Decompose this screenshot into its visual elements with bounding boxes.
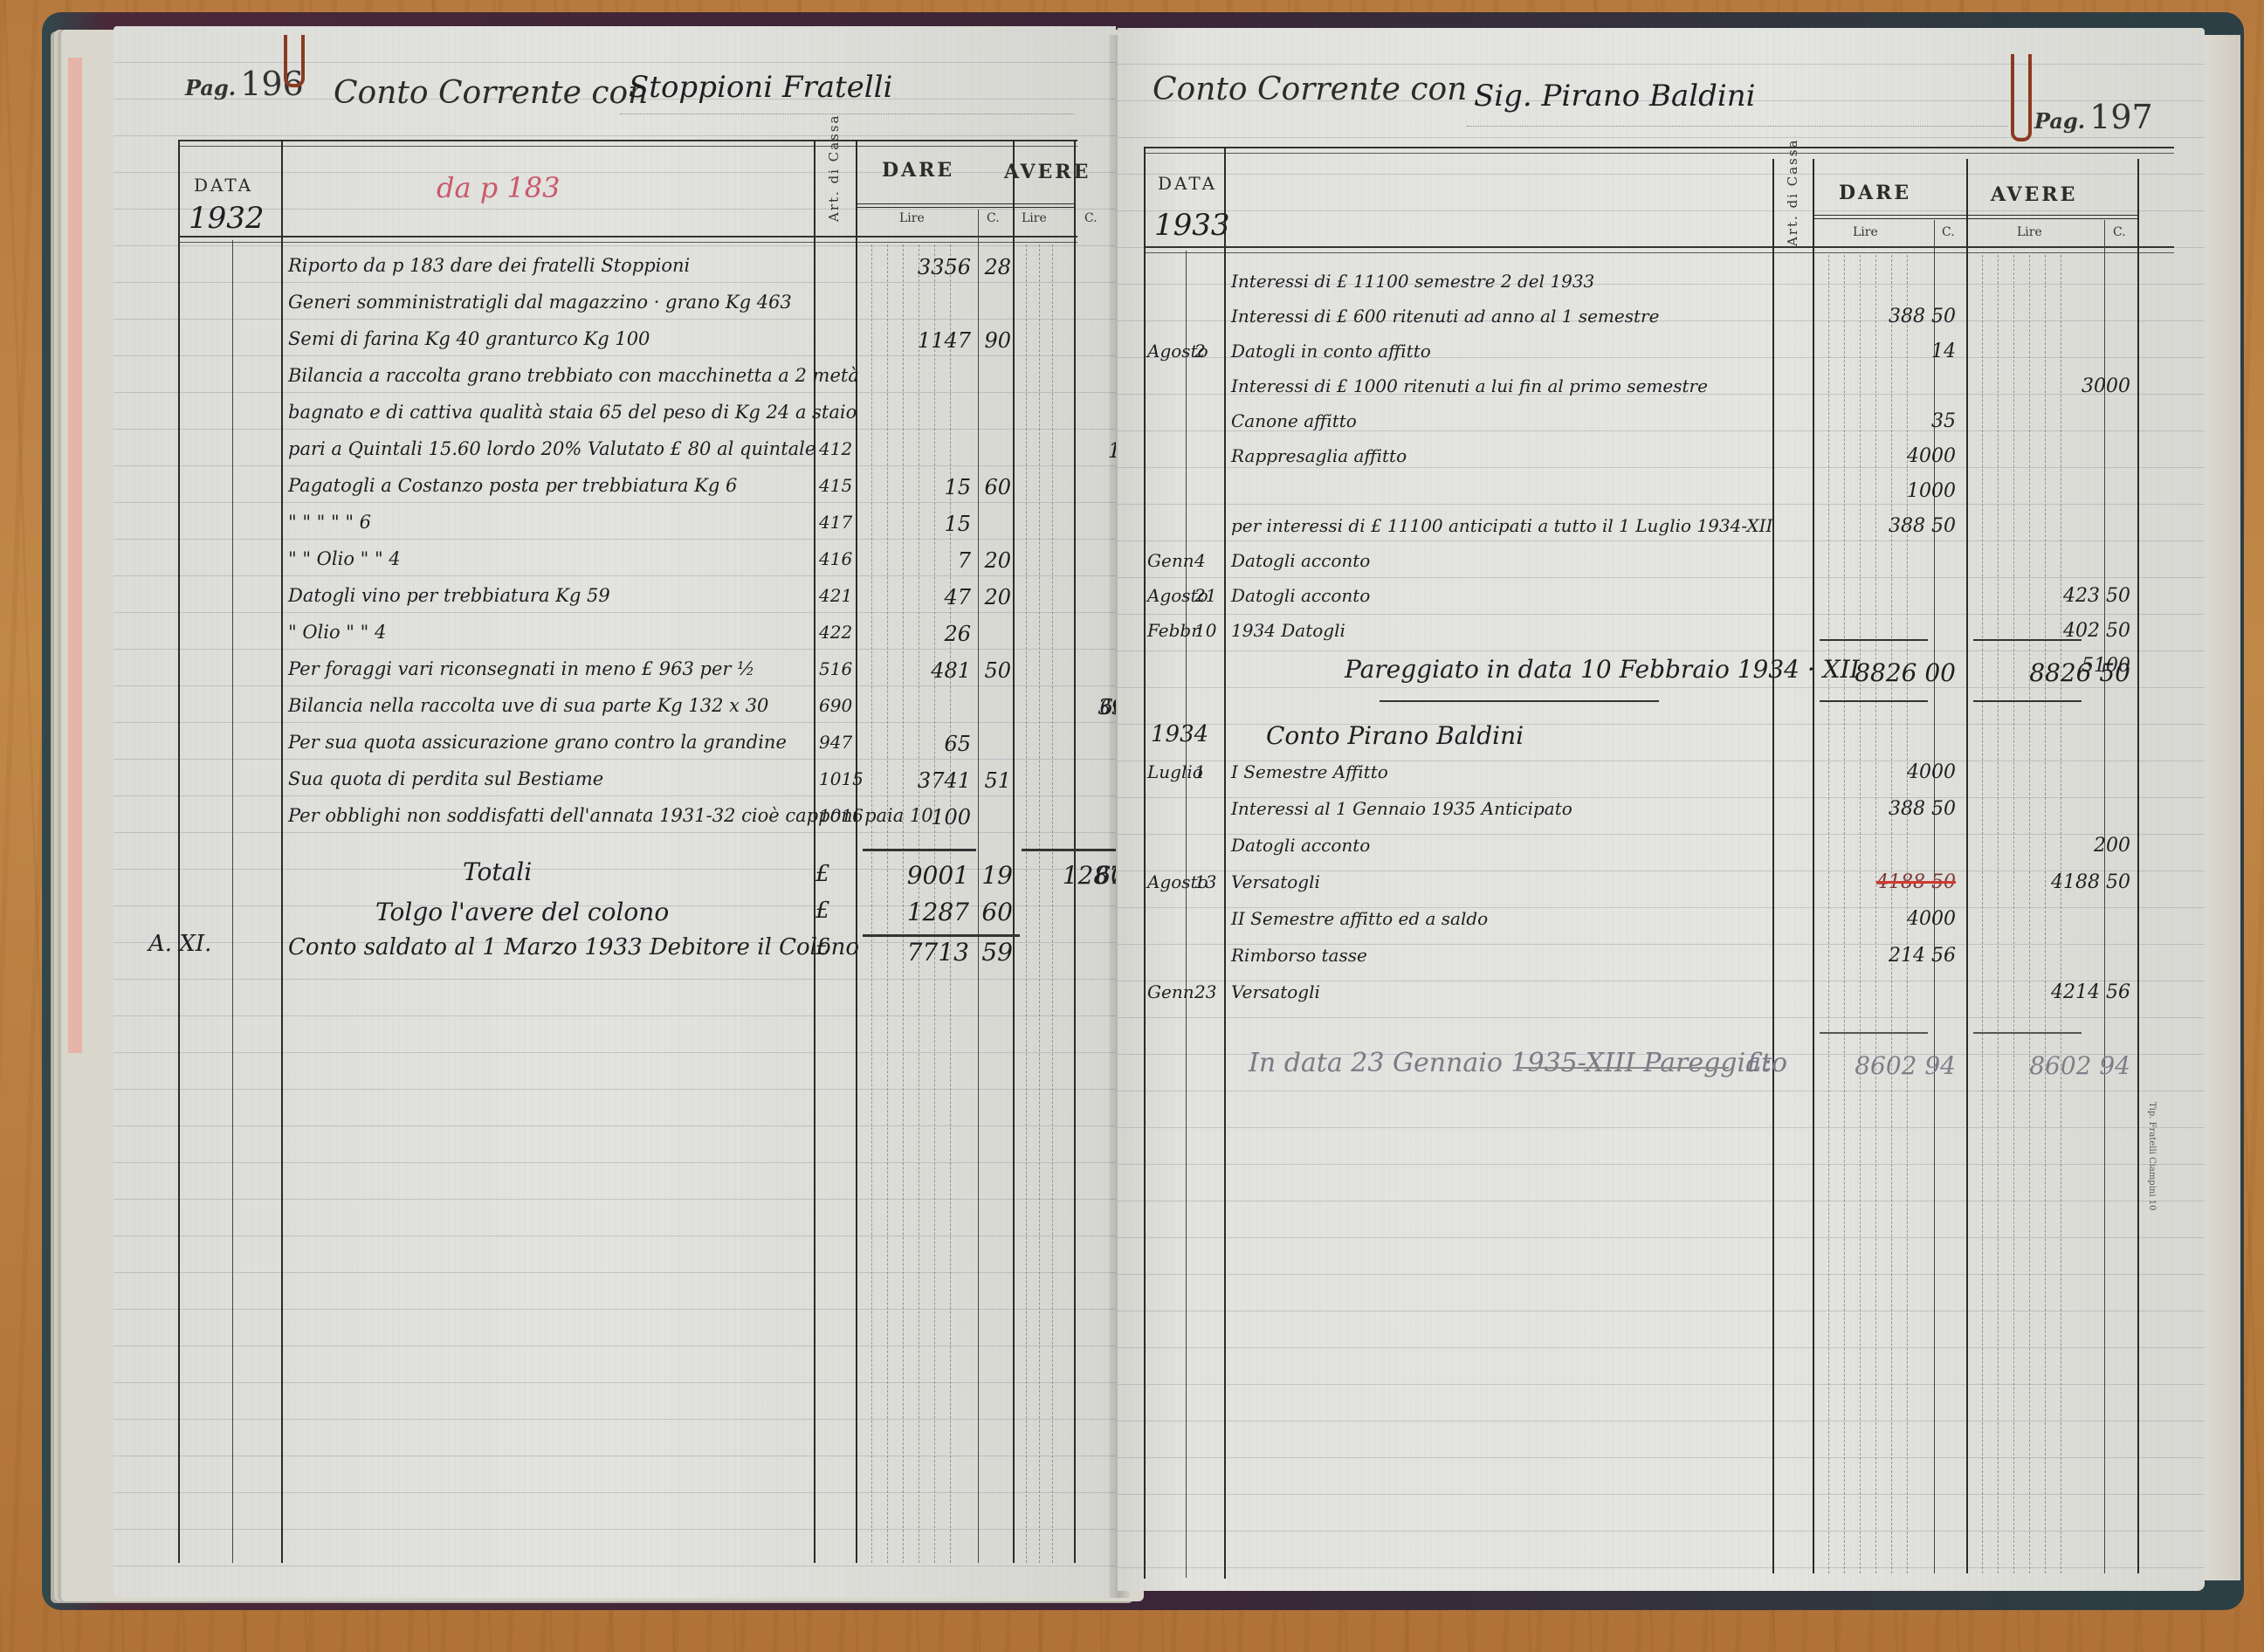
entry-month: Genn xyxy=(1147,981,1194,1002)
entry-description: Versatogli xyxy=(1231,981,1320,1002)
entry-art-di-cassa: 1016 xyxy=(819,805,852,826)
title-dotted-rule xyxy=(620,114,1074,114)
entry-dare: 388 50 xyxy=(1816,306,1956,327)
avere-cent-header: C. xyxy=(1084,211,1098,225)
balance-label: Conto saldato al 1 Marzo 1933 Debitore i… xyxy=(288,934,859,960)
entry-dare: 14 xyxy=(1816,341,1956,362)
avere-header: AVERE xyxy=(1004,161,1091,183)
balance-currency: £ xyxy=(815,934,830,960)
entry-description: Pagatogli a Costanzo posta per trebbiatu… xyxy=(288,475,737,496)
totals-label: Totali xyxy=(463,857,532,886)
balance-2-label: In data 23 Gennaio 1935-XIII Pareggiato xyxy=(1249,1048,1787,1078)
entry-dare-lire: 15 xyxy=(864,475,971,499)
totals-currency: £ xyxy=(815,861,830,887)
entry-dare: 388 50 xyxy=(1816,515,1956,537)
balance-1-label: Pareggiato in data 10 Febbraio 1934 · XI… xyxy=(1345,655,1860,684)
deduction-label: Tolgo l'avere del colono xyxy=(375,898,669,926)
entry-dare-lire: 7 xyxy=(864,548,971,573)
account-holder-name: Sig. Pirano Baldini xyxy=(1474,79,1756,114)
entry-art-di-cassa: 1015 xyxy=(819,768,852,789)
entry-art-di-cassa: 417 xyxy=(819,512,852,533)
balance-2-dare: 8602 94 xyxy=(1816,1051,1956,1080)
printer-mark: Tip. Fratelli Ciampini 10 xyxy=(2147,1102,2157,1210)
entry-avere: 423 50 xyxy=(1973,585,2130,607)
page-label: Pag. xyxy=(185,75,236,100)
deduction-dare-cent: 60 xyxy=(978,898,1013,926)
entry-avere: 200 xyxy=(1973,835,2130,857)
account-holder-name: Stoppioni Fratelli xyxy=(629,70,892,105)
entry-art-di-cassa: 416 xyxy=(819,548,852,569)
entry-dare-cent: 90 xyxy=(978,328,1011,353)
entry-dare: 4000 xyxy=(1816,761,1956,783)
deduction-currency: £ xyxy=(815,898,830,924)
entry-description: Interessi di £ 1000 ritenuti a lui fin a… xyxy=(1231,375,1708,396)
entry-dare-lire: 3741 xyxy=(864,768,971,793)
entry-day: 13 xyxy=(1194,871,1216,892)
entry-description: Datogli acconto xyxy=(1231,550,1370,571)
totals-dare-lire: 9001 xyxy=(864,861,969,890)
section-2-title: Conto Pirano Baldini xyxy=(1266,721,1524,750)
entry-day: 23 xyxy=(1194,981,1216,1002)
entry-description: Datogli vino per trebbiatura Kg 59 xyxy=(288,585,610,606)
date-column-header: DATA xyxy=(1158,173,1217,194)
page-label: Pag. xyxy=(2034,108,2085,134)
entry-art-di-cassa: 947 xyxy=(819,732,852,753)
entry-dare: 388 50 xyxy=(1816,798,1956,820)
ledger-year: 1932 xyxy=(189,201,265,236)
avere-header: AVERE xyxy=(1991,183,2077,206)
entry-dare-lire: 65 xyxy=(864,732,971,756)
dare-cent-header: C. xyxy=(987,211,1000,225)
entry-dare: 1000 xyxy=(1816,480,1956,502)
page-stack-right xyxy=(2200,35,2240,1580)
entry-avere: 4214 56 xyxy=(1973,981,2130,1003)
entry-description: pari a Quintali 15.60 lordo 20% Valutato… xyxy=(288,438,815,459)
entry-description: Per sua quota assicurazione grano contro… xyxy=(288,732,787,753)
date-column-header: DATA xyxy=(194,175,253,196)
ledger-page-196: Pag. 196 Conto Corrente con Stoppioni Fr… xyxy=(114,26,1116,1598)
entry-description: Bilancia nella raccolta uve di sua parte… xyxy=(288,695,768,716)
entry-art-di-cassa: 412 xyxy=(819,438,852,459)
entry-description: Interessi di £ 600 ritenuti ad anno al 1… xyxy=(1231,306,1659,327)
entry-avere-lire: 1248 xyxy=(1022,438,1116,463)
entry-description: Datogli acconto xyxy=(1231,585,1370,606)
entry-dare-lire: 1147 xyxy=(864,328,971,353)
entry-dare-cent: 50 xyxy=(978,658,1011,683)
entry-avere: 3000 xyxy=(1973,375,2130,397)
entry-day: 2 xyxy=(1194,341,1206,361)
entry-dare-cent: 28 xyxy=(978,255,1011,279)
entry-description: Interessi al 1 Gennaio 1935 Anticipato xyxy=(1231,798,1572,819)
balance-1-avere: 8826 50 xyxy=(1973,658,2130,687)
page-number: Pag. 197 xyxy=(2034,98,2153,136)
entry-description: " Olio " " 4 xyxy=(288,622,386,643)
entry-description: Datogli acconto xyxy=(1231,835,1370,856)
entry-description: Bilancia a raccolta grano trebbiato con … xyxy=(288,365,859,386)
entry-description: Interessi di £ 11100 semestre 2 del 1933 xyxy=(1231,271,1594,292)
dare-cent-header: C. xyxy=(1942,225,1955,239)
bookmark-tab xyxy=(68,58,82,1053)
art-di-cassa-header: Art. di Cassa xyxy=(1785,139,1800,247)
entry-dare-lire: 481 xyxy=(864,658,971,683)
entry-description: Per foraggi vari riconsegnati in meno £ … xyxy=(288,658,754,679)
balance-2-avere: 8602 94 xyxy=(1973,1051,2130,1080)
art-di-cassa-header: Art. di Cassa xyxy=(826,114,842,223)
entry-dare-cent: 20 xyxy=(978,585,1011,609)
entry-dare-lire: 26 xyxy=(864,622,971,646)
entry-dare-lire: 15 xyxy=(864,512,971,536)
ledger-year: 1933 xyxy=(1154,208,1230,243)
title-dotted-rule xyxy=(1467,126,2008,127)
entry-avere: 4188 50 xyxy=(1973,871,2130,893)
entry-dare-cent: 51 xyxy=(978,768,1011,793)
page-number-value: 197 xyxy=(2089,98,2153,136)
entry-description: 1934 Datogli xyxy=(1231,620,1345,641)
entry-dare-lire: 3356 xyxy=(864,255,971,279)
entry-description: Generi somministratigli dal magazzino · … xyxy=(288,292,792,313)
entry-day: 10 xyxy=(1194,620,1216,641)
entry-dare: 4000 xyxy=(1816,908,1956,930)
balance-2-currency: £: xyxy=(1746,1048,1772,1078)
balance-dare-cent: 59 xyxy=(978,938,1013,967)
entry-art-di-cassa: 421 xyxy=(819,585,852,606)
balance-dare-lire: 7713 xyxy=(864,938,969,967)
entry-description: Versatogli xyxy=(1231,871,1320,892)
balance-1-dare: 8826 00 xyxy=(1816,658,1956,687)
dare-header: DARE xyxy=(882,159,954,182)
entry-description: Sua quota di perdita sul Bestiame xyxy=(288,768,603,789)
dare-lire-header: Lire xyxy=(899,211,925,225)
ledger-page-197: Conto Corrente con Sig. Pirano Baldini P… xyxy=(1118,28,2205,1591)
entry-description: Datogli in conto affitto xyxy=(1231,341,1431,361)
entry-description: II Semestre affitto ed a saldo xyxy=(1231,908,1488,929)
entry-day: 1 xyxy=(1194,761,1206,782)
entry-dare: 4000 xyxy=(1816,445,1956,467)
entry-description: I Semestre Affitto xyxy=(1231,761,1388,782)
entry-dare-lire: 47 xyxy=(864,585,971,609)
entry-art-di-cassa: 690 xyxy=(819,695,852,716)
avere-lire-header: Lire xyxy=(2017,225,2042,239)
entry-description: Rimborso tasse xyxy=(1231,945,1367,966)
entry-dare-cent: 20 xyxy=(978,548,1011,573)
entry-dare: 214 56 xyxy=(1816,945,1956,967)
entry-description: Canone affitto xyxy=(1231,410,1357,431)
entry-art-di-cassa: 415 xyxy=(819,475,852,496)
totals-dare-cent: 19 xyxy=(978,861,1013,890)
entry-dare: 4188 50 xyxy=(1816,871,1956,893)
deduction-dare-lire: 1287 xyxy=(864,898,969,926)
entry-dare-cent: 60 xyxy=(978,475,1011,499)
balance-date: A. XI. xyxy=(148,931,211,957)
pencil-dash xyxy=(1519,1067,1729,1069)
entry-description: per interessi di £ 11100 anticipati a tu… xyxy=(1231,515,1772,536)
avere-cent-header: C. xyxy=(2113,225,2126,239)
dare-lire-header: Lire xyxy=(1853,225,1878,239)
entry-description: Rappresaglia affitto xyxy=(1231,445,1407,466)
entry-day: 4 xyxy=(1194,550,1206,571)
entry-description: Semi di farina Kg 40 granturco Kg 100 xyxy=(288,328,650,349)
entry-dare-lire: 100 xyxy=(864,805,971,829)
entry-month: Genn xyxy=(1147,550,1194,571)
entry-art-di-cassa: 516 xyxy=(819,658,852,679)
red-cross-reference-note: da p 183 xyxy=(437,171,560,204)
entry-description: " " " " " 6 xyxy=(288,512,371,533)
paper-clip-icon xyxy=(2011,54,2032,141)
entry-month: Febbr xyxy=(1147,620,1200,641)
avere-lire-header: Lire xyxy=(1022,211,1047,225)
entry-description: " " Olio " " 4 xyxy=(288,548,401,569)
account-title-label: Conto Corrente con xyxy=(1153,72,1467,107)
paper-clip-icon xyxy=(284,35,305,87)
entry-art-di-cassa: 422 xyxy=(819,622,852,643)
entry-description: Riporto da p 183 dare dei fratelli Stopp… xyxy=(288,255,690,276)
entry-dare: 35 xyxy=(1816,410,1956,432)
dare-header: DARE xyxy=(1839,182,1911,204)
entry-day: 21 xyxy=(1194,585,1216,606)
account-title-label: Conto Corrente con xyxy=(334,75,648,111)
section-2-year: 1934 xyxy=(1151,721,1208,747)
entry-description: bagnato e di cattiva qualità staia 65 de… xyxy=(288,402,857,423)
